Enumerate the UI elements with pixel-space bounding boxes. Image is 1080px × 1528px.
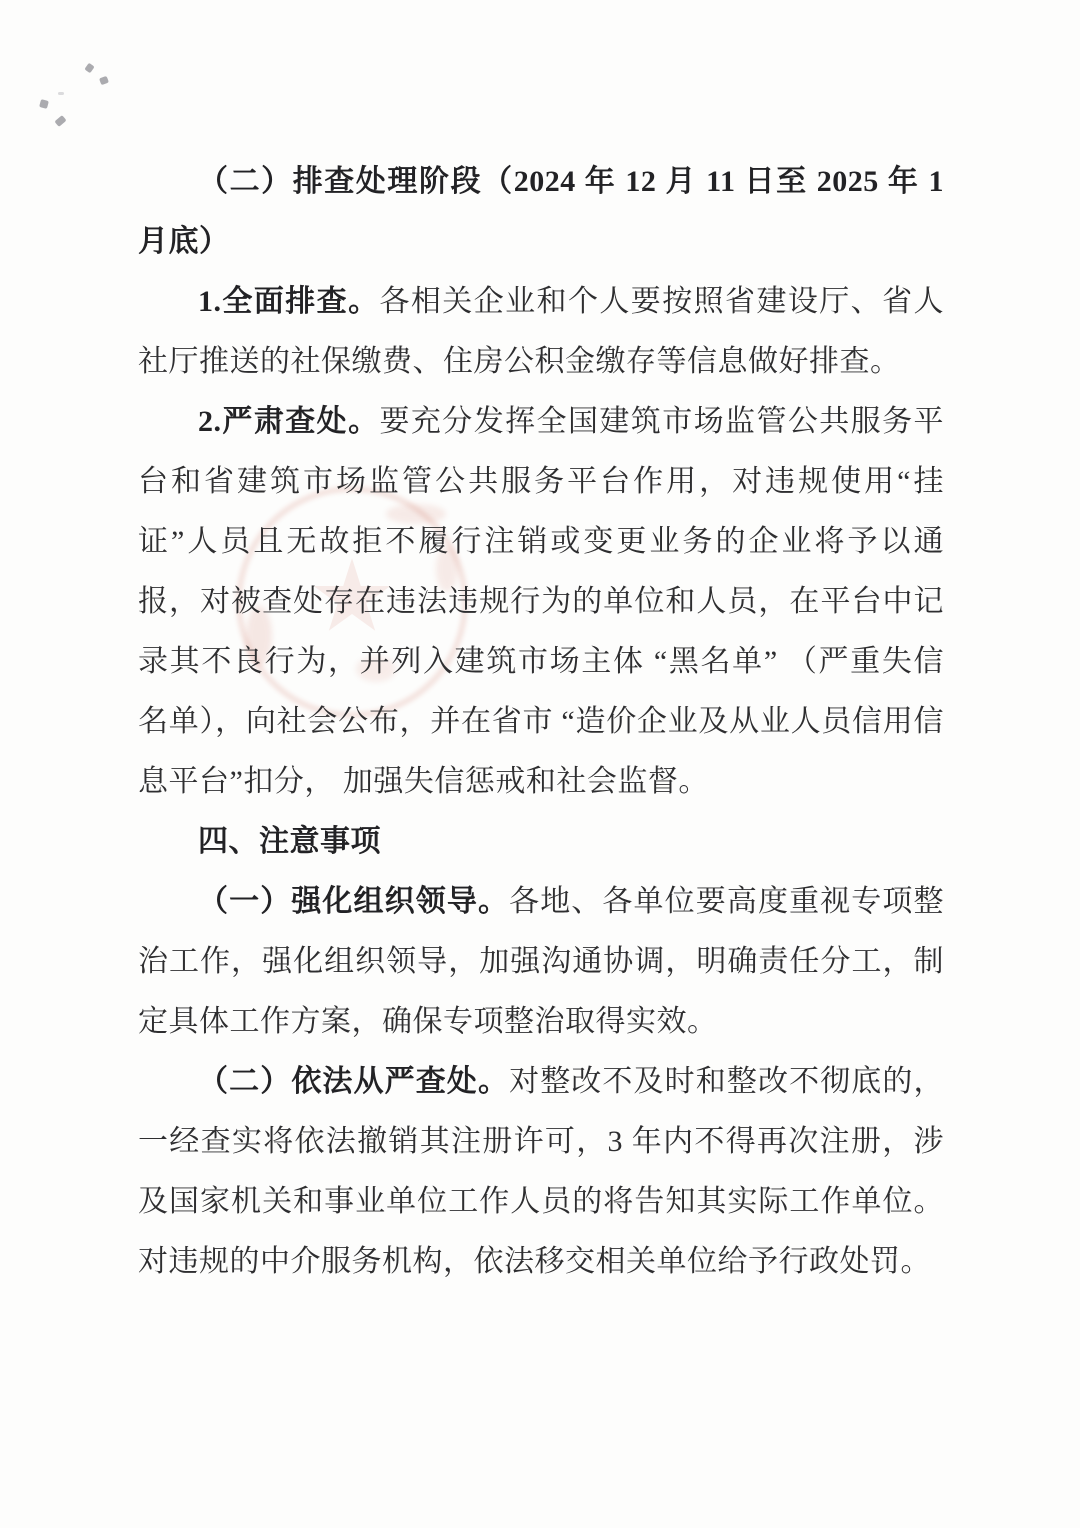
scan-speck <box>58 92 64 95</box>
paragraph-lead: （一）强化组织领导。 <box>198 885 509 918</box>
paragraph-lead: 2.严肃查处。 <box>198 405 379 438</box>
subsection-heading-stage2: （二）排查处理阶段（2024 年 12 月 11 日至 2025 年 1 月底） <box>138 152 944 272</box>
section-heading-notes: 四、注意事项 <box>138 812 944 872</box>
paragraph-lead: （二）依法从严查处。 <box>198 1065 509 1098</box>
scanned-document-page: （二）排查处理阶段（2024 年 12 月 11 日至 2025 年 1 月底）… <box>0 0 1080 1528</box>
scan-speck <box>54 115 66 127</box>
paragraph-strengthen-leadership: （一）强化组织领导。各地、各单位要高度重视专项整治工作，强化组织领导，加强沟通协… <box>138 872 944 1052</box>
scan-speck <box>84 63 94 74</box>
paragraph-lawful-punishment: （二）依法从严查处。对整改不及时和整改不彻底的，一经查实将依法撤销其注册许可，3… <box>138 1052 944 1292</box>
heading-text: 四、注意事项 <box>198 825 381 858</box>
document-body: （二）排查处理阶段（2024 年 12 月 11 日至 2025 年 1 月底）… <box>138 152 944 1292</box>
scan-speck <box>99 76 109 85</box>
paragraph-strict-investigation: 2.严肃查处。要充分发挥全国建筑市场监管公共服务平台和省建筑市场监管公共服务平台… <box>138 392 944 812</box>
paragraph-text: 要充分发挥全国建筑市场监管公共服务平台和省建筑市场监管公共服务平台作用，对违规使… <box>138 405 944 798</box>
paragraph-lead: 1.全面排查。 <box>198 285 379 318</box>
paragraph-full-check: 1.全面排查。各相关企业和个人要按照省建设厅、省人社厅推送的社保缴费、住房公积金… <box>138 272 944 392</box>
scan-speck <box>39 99 49 109</box>
heading-text: （二）排查处理阶段（2024 年 12 月 11 日至 2025 年 1 月底） <box>138 165 944 258</box>
